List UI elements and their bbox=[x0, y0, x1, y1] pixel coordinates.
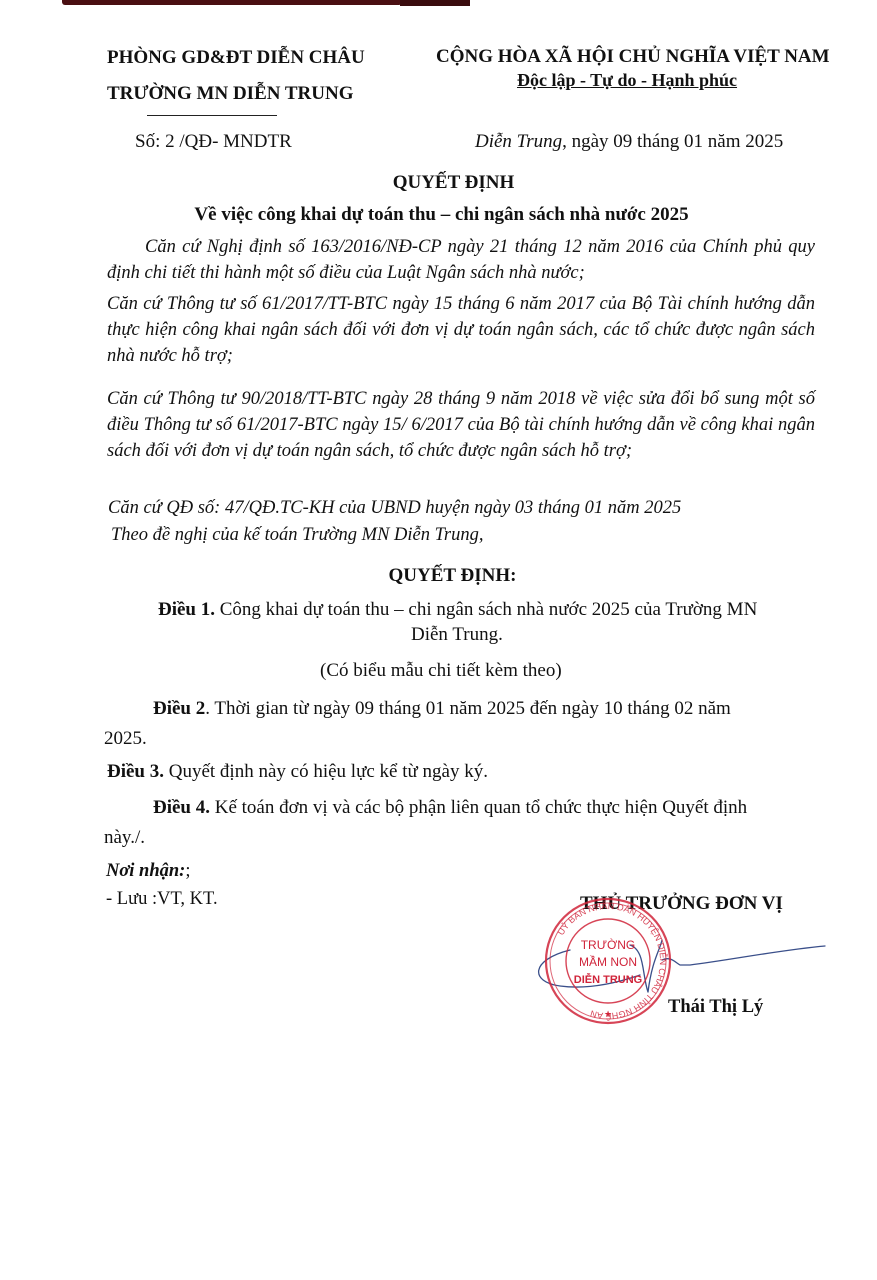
basis-paragraph: Căn cứ Thông tư 90/2018/TT-BTC ngày 28 t… bbox=[107, 386, 815, 464]
issuing-school: TRƯỜNG MN DIỄN TRUNG bbox=[107, 83, 353, 105]
article-1-note: (Có biểu mẫu chi tiết kèm theo) bbox=[320, 660, 562, 682]
national-title: CỘNG HÒA XÃ HỘI CHỦ NGHĨA VIỆT NAM bbox=[436, 46, 830, 68]
signatory-name: Thái Thị Lý bbox=[668, 997, 763, 1018]
article-2-continued: 2025. bbox=[104, 728, 147, 750]
document-title: QUYẾT ĐỊNH bbox=[0, 172, 877, 194]
recipients-heading: Nơi nhận:; bbox=[106, 861, 190, 882]
article-1-continued: Diễn Trung. bbox=[411, 624, 503, 646]
recipients-label: Nơi nhận: bbox=[106, 861, 185, 881]
article-text: . Thời gian từ ngày 09 tháng 01 năm 2025… bbox=[205, 698, 731, 719]
article-1: Điều 1. Công khai dự toán thu – chi ngân… bbox=[158, 599, 757, 621]
place: Diễn Trung bbox=[475, 131, 562, 152]
issuing-authority: PHÒNG GD&ĐT DIỄN CHÂU bbox=[107, 47, 365, 69]
decision-heading: QUYẾT ĐỊNH: bbox=[0, 565, 877, 587]
official-stamp: UỶ BAN NHÂN DÂN HUYỆN DIỄN CHÂU TỈNH NGH… bbox=[543, 896, 673, 1026]
article-3: Điều 3. Quyết định này có hiệu lực kể từ… bbox=[107, 761, 488, 783]
stamp-line: TRƯỜNG bbox=[581, 937, 636, 952]
stamp-line: DIỄN TRUNG bbox=[574, 973, 642, 986]
basis-paragraph: Theo đề nghị của kế toán Trường MN Diễn … bbox=[111, 525, 483, 546]
basis-paragraph: Căn cứ Thông tư số 61/2017/TT-BTC ngày 1… bbox=[107, 291, 815, 369]
national-motto: Độc lập - Tự do - Hạnh phúc bbox=[517, 70, 737, 91]
article-label: Điều 4. bbox=[153, 797, 210, 818]
date: , ngày 09 tháng 01 năm 2025 bbox=[562, 131, 783, 152]
article-text: Quyết định này có hiệu lực kể từ ngày ký… bbox=[164, 761, 488, 782]
article-text: Công khai dự toán thu – chi ngân sách nh… bbox=[215, 599, 757, 620]
header-underline bbox=[147, 115, 277, 116]
scan-edge-shadow bbox=[62, 0, 402, 5]
recipient-item: - Lưu :VT, KT. bbox=[106, 889, 218, 910]
basis-paragraph: Căn cứ QĐ số: 47/QĐ.TC-KH của UBND huyện… bbox=[108, 498, 681, 519]
article-4-continued: này./. bbox=[104, 827, 145, 849]
document-number: Số: 2 /QĐ- MNDTR bbox=[135, 131, 292, 153]
article-label: Điều 3. bbox=[107, 761, 164, 782]
basis-paragraph: Căn cứ Nghị định số 163/2016/NĐ-CP ngày … bbox=[107, 234, 815, 286]
stamp-line: MẦM NON bbox=[579, 954, 637, 969]
stamp-star-icon: ★ bbox=[604, 1009, 612, 1019]
article-label: Điều 2 bbox=[153, 698, 205, 719]
document-subtitle: Về việc công khai dự toán thu – chi ngân… bbox=[0, 204, 877, 226]
place-date: Diễn Trung, ngày 09 tháng 01 năm 2025 bbox=[475, 131, 783, 153]
scan-edge-shadow bbox=[400, 0, 470, 6]
article-4: Điều 4. Kế toán đơn vị và các bộ phận li… bbox=[153, 797, 747, 819]
article-2: Điều 2. Thời gian từ ngày 09 tháng 01 nă… bbox=[153, 698, 731, 720]
article-label: Điều 1. bbox=[158, 599, 215, 620]
article-text: Kế toán đơn vị và các bộ phận liên quan … bbox=[210, 797, 747, 818]
